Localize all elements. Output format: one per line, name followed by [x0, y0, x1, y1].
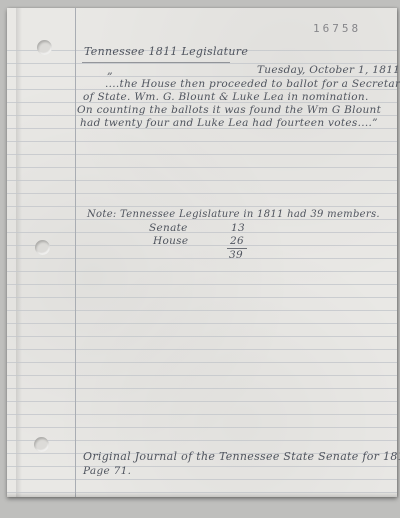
hole-punch-middle — [35, 240, 50, 255]
note-row-house-label: House — [153, 235, 188, 247]
page-title: Tennessee 1811 Legislature — [84, 46, 248, 58]
hole-punch-bottom — [34, 437, 49, 452]
margin-line — [75, 8, 76, 497]
title-underline — [82, 62, 230, 63]
note-row-senate-value: 13 — [231, 222, 245, 234]
note-total: 39 — [229, 249, 243, 261]
citation-line: Original Journal of the Tennessee State … — [83, 451, 400, 463]
passage-line: of State. Wm. G. Blount & Luke Lea in no… — [83, 91, 369, 103]
open-quote-mark: „ — [107, 65, 113, 77]
note-row-senate-label: Senate — [149, 222, 188, 234]
hole-punch-top — [37, 40, 52, 55]
note-row-house-value: 26 — [227, 235, 247, 249]
passage-line: ....the House then proceeded to ballot f… — [105, 78, 400, 90]
document-scan: 16758 Tennessee 1811 Legislature „ Tuesd… — [0, 0, 400, 518]
stamp-number: 16758 — [313, 22, 361, 35]
entry-date: Tuesday, October 1, 1811 — [257, 64, 400, 76]
citation-page: Page 71. — [83, 465, 131, 477]
passage-line: On counting the ballots it was found the… — [77, 104, 381, 116]
note-heading: Note: Tennessee Legislature in 1811 had … — [87, 209, 380, 221]
notebook-page: 16758 Tennessee 1811 Legislature „ Tuesd… — [7, 8, 397, 497]
passage-line: had twenty four and Luke Lea had fourtee… — [80, 117, 378, 129]
